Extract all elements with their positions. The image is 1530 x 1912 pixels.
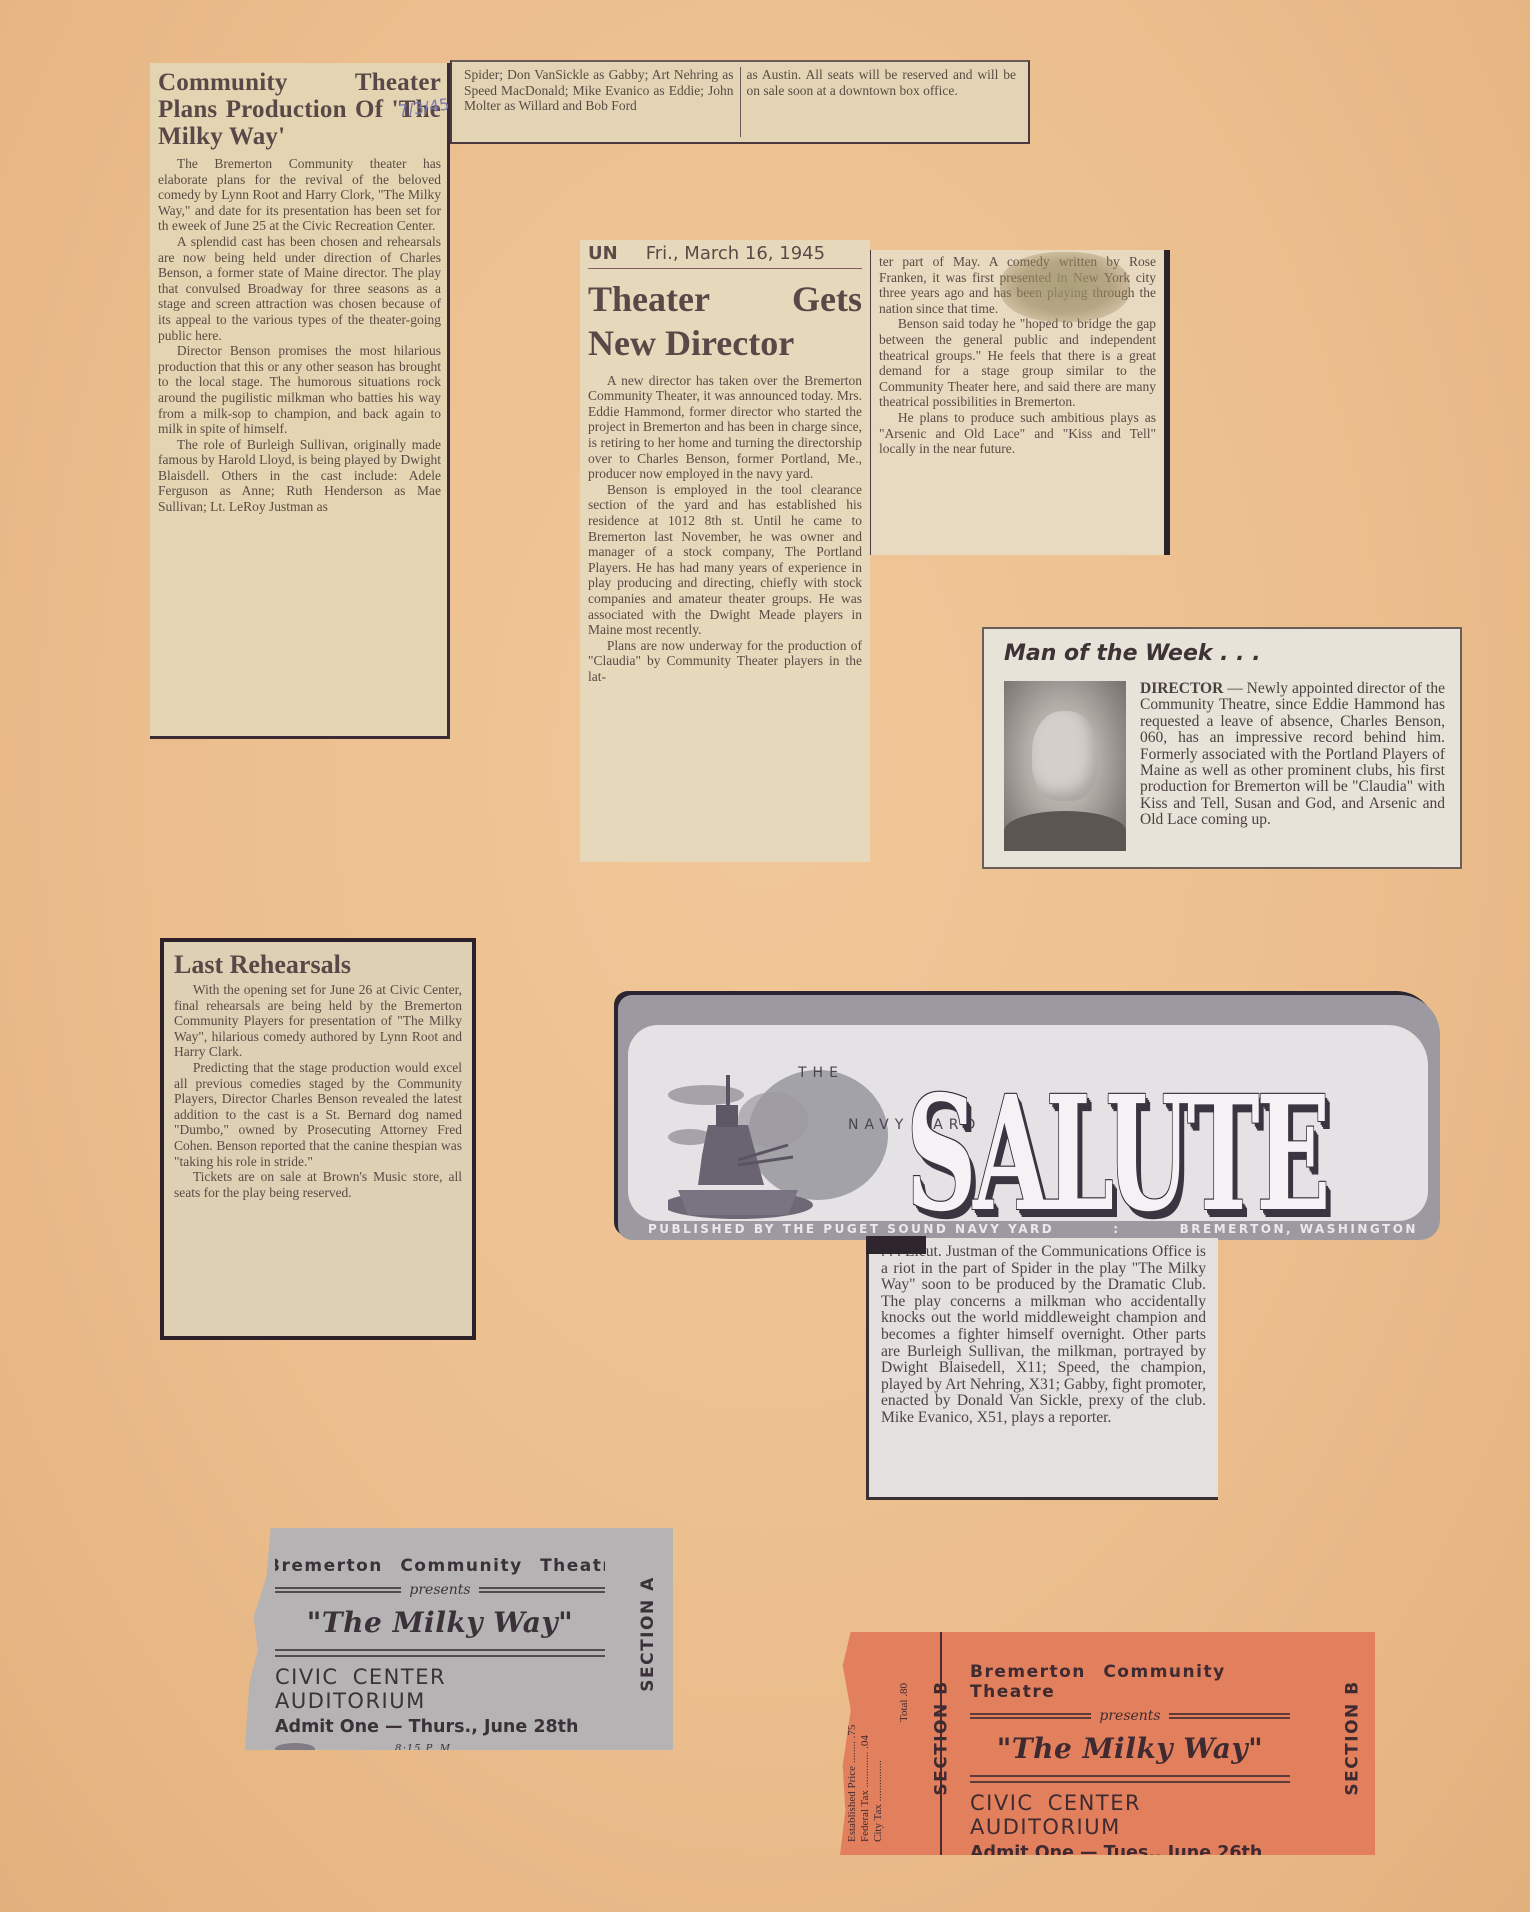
continuation-column: Spider; Don VanSickle as Gabby; Art Nehr…: [458, 67, 741, 137]
ticket-title: "The Milky Way": [275, 1606, 605, 1639]
clipping-paragraph: Benson said today he "hoped to bridge th…: [879, 316, 1156, 410]
clipping-paragraph: Tickets are on sale at Brown's Music sto…: [174, 1169, 462, 1200]
clipping-text: . . . Lieut. Justman of the Communicatio…: [881, 1243, 1206, 1426]
ticket-section: SECTION B: [1343, 1680, 1363, 1795]
ticket-presents-row: presents: [970, 1708, 1290, 1724]
ticket-rule: [970, 1775, 1290, 1783]
clipping-paragraph: The role of Burleigh Sullivan, originall…: [158, 437, 441, 515]
stub-line: Federal Tax ............. .04: [859, 1735, 872, 1842]
ticket-stub: Established Price ........ .75 Federal T…: [840, 1632, 942, 1855]
ticket-section-stub: SECTION B: [932, 1680, 952, 1795]
clipping-community-theater-continuation: Spider; Don VanSickle as Gabby; Art Nehr…: [450, 60, 1030, 144]
clipping-paragraph: A splendid cast has been chosen and rehe…: [158, 234, 441, 343]
stub-total: Total .80: [898, 1683, 911, 1722]
clipping-heading: Man of the Week . . .: [1004, 641, 1446, 666]
ticket-section-a: Bremerton Community Theatre presents "Th…: [245, 1528, 673, 1750]
ticket-seal-icon: [970, 1869, 1010, 1881]
clipping-paragraph: The Bremerton Community theater has elab…: [158, 156, 441, 234]
clipping-new-director: UN Fri., March 16, 1945 Theater Gets New…: [580, 240, 870, 862]
masthead-panel: THE NAVY YARD SALUTE: [628, 1025, 1428, 1221]
publisher-left: PUBLISHED BY THE PUGET SOUND NAVY YARD: [648, 1222, 1054, 1236]
clipping-headline: Theater Gets New Director: [588, 277, 862, 365]
dateline-publication: UN: [588, 246, 618, 262]
ticket-section: SECTION A: [638, 1576, 658, 1692]
portrait-photo: [1004, 681, 1126, 851]
masthead-the: THE: [798, 1065, 844, 1081]
stub-line: Established Price ........ .75: [846, 1725, 859, 1842]
clipping-paragraph: Director Benson promises the most hilari…: [158, 343, 441, 437]
clipping-salute-article: . . . Lieut. Justman of the Communicatio…: [866, 1238, 1218, 1500]
ticket-rule: [1169, 1713, 1290, 1719]
ticket-admit: Admit One — Tues., June 26th: [970, 1843, 1290, 1863]
publisher-sep: :: [1113, 1222, 1120, 1236]
salute-masthead: THE NAVY YARD SALUTE PUBLISHED BY THE PU…: [618, 995, 1440, 1240]
ticket-rule: [479, 1587, 605, 1593]
ticket-seal-icon: [275, 1743, 315, 1755]
tape-stain: [1000, 252, 1130, 322]
masthead-title: SALUTE: [906, 1075, 1327, 1235]
ticket-time: 8:15 P. M.: [395, 1744, 455, 1755]
ticket-time-row: 8:15 P. M.: [275, 1743, 605, 1755]
ticket-section-b: Established Price ........ .75 Federal T…: [840, 1632, 1375, 1855]
dateline-date: Fri., March 16, 1945: [646, 246, 825, 262]
ticket-theatre: Bremerton Community Theatre: [275, 1556, 605, 1576]
clipping-last-rehearsals: Last Rehearsals With the opening set for…: [160, 938, 476, 1340]
ticket-presents-row: presents: [275, 1582, 605, 1598]
ticket-rule: [275, 1649, 605, 1657]
clipping-paragraph: A new director has taken over the Bremer…: [588, 373, 862, 482]
dateline: UN Fri., March 16, 1945: [588, 246, 862, 269]
battleship-illustration-icon: [668, 1065, 888, 1235]
ticket-time-row: 8:15 P. M.: [970, 1869, 1290, 1881]
clipping-paragraph: Plans are now underway for the productio…: [588, 638, 862, 685]
clipping-paragraph: Predicting that the stage production wou…: [174, 1060, 462, 1169]
photo-shoulders: [1004, 811, 1126, 851]
ticket-theatre: Bremerton Community Theatre: [970, 1662, 1290, 1702]
ticket-time: 8:15 P. M.: [1090, 1870, 1150, 1881]
ticket-title: "The Milky Way": [970, 1732, 1290, 1765]
clipping-community-theater: Community Theater Plans Production Of 'T…: [150, 63, 450, 739]
ticket-venue: CIVIC CENTER AUDITORIUM: [970, 1791, 1290, 1839]
clipping-text: — Newly appointed director of the Commun…: [1140, 680, 1445, 828]
ticket-presents: presents: [1099, 1708, 1160, 1724]
clipping-body: DIRECTOR — Newly appointed director of t…: [1140, 681, 1445, 829]
ticket-rule: [275, 1587, 401, 1593]
clipping-lead: DIRECTOR: [1140, 680, 1223, 697]
clipping-paragraph: With the opening set for June 26 at Civi…: [174, 982, 462, 1060]
continuation-column: as Austin. All seats will be reserved an…: [741, 67, 1023, 137]
publisher-right: BREMERTON, WASHINGTON: [1180, 1222, 1418, 1236]
clipping-headline: Last Rehearsals: [174, 950, 462, 980]
publisher-line: PUBLISHED BY THE PUGET SOUND NAVY YARD :…: [648, 1222, 1418, 1236]
photo-face: [1032, 711, 1098, 801]
clipping-paragraph: Benson is employed in the tool clearance…: [588, 482, 862, 638]
tape-strip: [866, 1236, 926, 1254]
clipping-paragraph: He plans to produce such ambitious plays…: [879, 410, 1156, 457]
ticket-presents: presents: [409, 1582, 470, 1598]
ticket-venue: CIVIC CENTER AUDITORIUM: [275, 1665, 605, 1713]
ticket-rule: [970, 1713, 1091, 1719]
stub-line: City Tax ...............: [872, 1760, 885, 1842]
ticket-admit: Admit One — Thurs., June 28th: [275, 1717, 605, 1737]
clipping-man-of-the-week: Man of the Week . . . DIRECTOR — Newly a…: [982, 627, 1462, 869]
